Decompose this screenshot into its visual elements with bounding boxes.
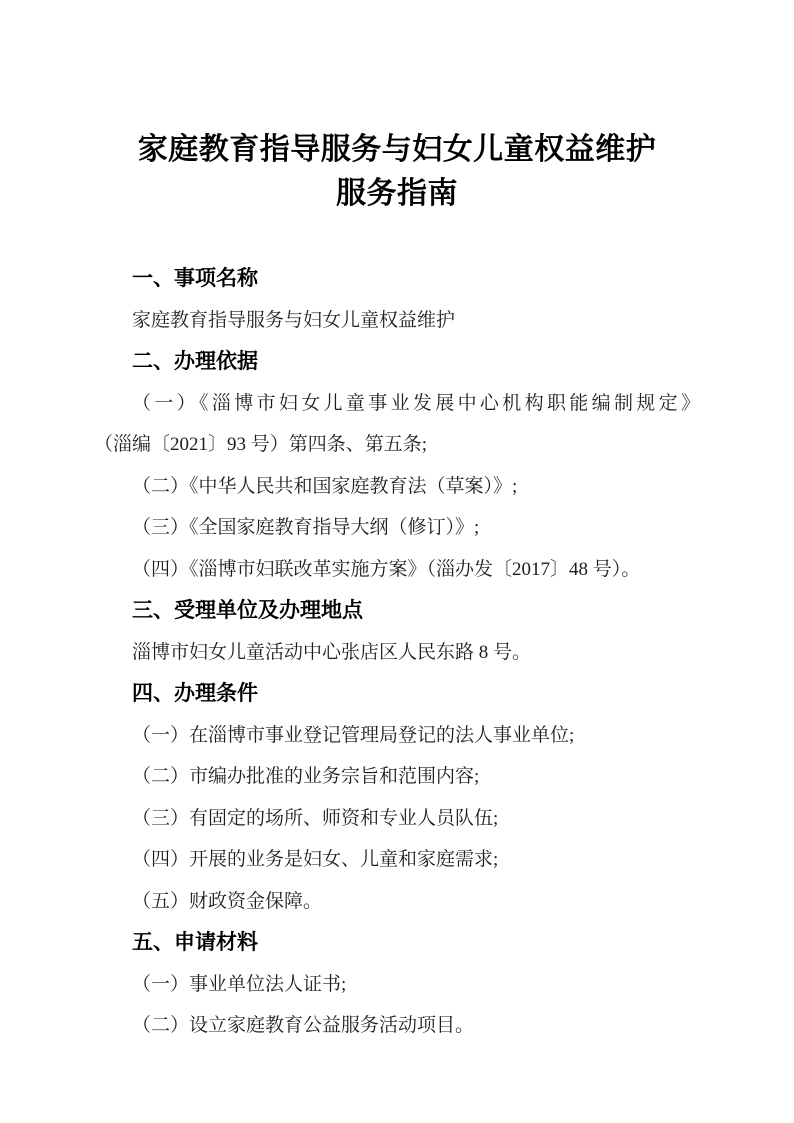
- item-name-text: 家庭教育指导服务与妇女儿童权益维护: [94, 300, 700, 342]
- section-4-heading: 四、办理条件: [94, 673, 700, 715]
- condition-4: （四）开展的业务是妇女、儿童和家庭需求;: [94, 839, 700, 881]
- legal-basis-2: （二）《中华人民共和国家庭教育法（草案）》;: [94, 466, 700, 508]
- legal-basis-4: （四）《淄博市妇联改革实施方案》（淄办发〔2017〕48 号）。: [94, 549, 700, 591]
- material-2: （二）设立家庭教育公益服务活动项目。: [94, 1005, 700, 1047]
- legal-basis-1-line-2: （淄编〔2021〕93 号）第四条、第五条;: [94, 424, 700, 466]
- legal-basis-3: （三）《全国家庭教育指导大纲（修订）》;: [94, 507, 700, 549]
- document-title-line-2: 服务指南: [94, 172, 700, 216]
- section-5-heading: 五、申请材料: [94, 922, 700, 964]
- page-content: 家庭教育指导服务与妇女儿童权益维护 服务指南 一、事项名称 家庭教育指导服务与妇…: [0, 0, 794, 1047]
- document-title-line-1: 家庭教育指导服务与妇女儿童权益维护: [94, 128, 700, 172]
- material-1: （一）事业单位法人证书;: [94, 964, 700, 1006]
- condition-2: （二）市编办批准的业务宗旨和范围内容;: [94, 756, 700, 798]
- section-2-heading: 二、办理依据: [94, 341, 700, 383]
- condition-3: （三）有固定的场所、师资和专业人员队伍;: [94, 798, 700, 840]
- document-title: 家庭教育指导服务与妇女儿童权益维护 服务指南: [94, 128, 700, 216]
- condition-1: （一）在淄博市事业登记管理局登记的法人事业单位;: [94, 715, 700, 757]
- section-1-heading: 一、事项名称: [94, 258, 700, 300]
- document-body: 一、事项名称 家庭教育指导服务与妇女儿童权益维护 二、办理依据 （一）《淄博市妇…: [94, 258, 700, 1047]
- location-text: 淄博市妇女儿童活动中心张店区人民东路 8 号。: [94, 632, 700, 674]
- condition-5: （五）财政资金保障。: [94, 881, 700, 923]
- legal-basis-1-line-1: （一）《淄博市妇女儿童事业发展中心机构职能编制规定》: [94, 383, 700, 425]
- document-page: 家庭教育指导服务与妇女儿童权益维护 服务指南 一、事项名称 家庭教育指导服务与妇…: [0, 0, 794, 1123]
- section-3-heading: 三、受理单位及办理地点: [94, 590, 700, 632]
